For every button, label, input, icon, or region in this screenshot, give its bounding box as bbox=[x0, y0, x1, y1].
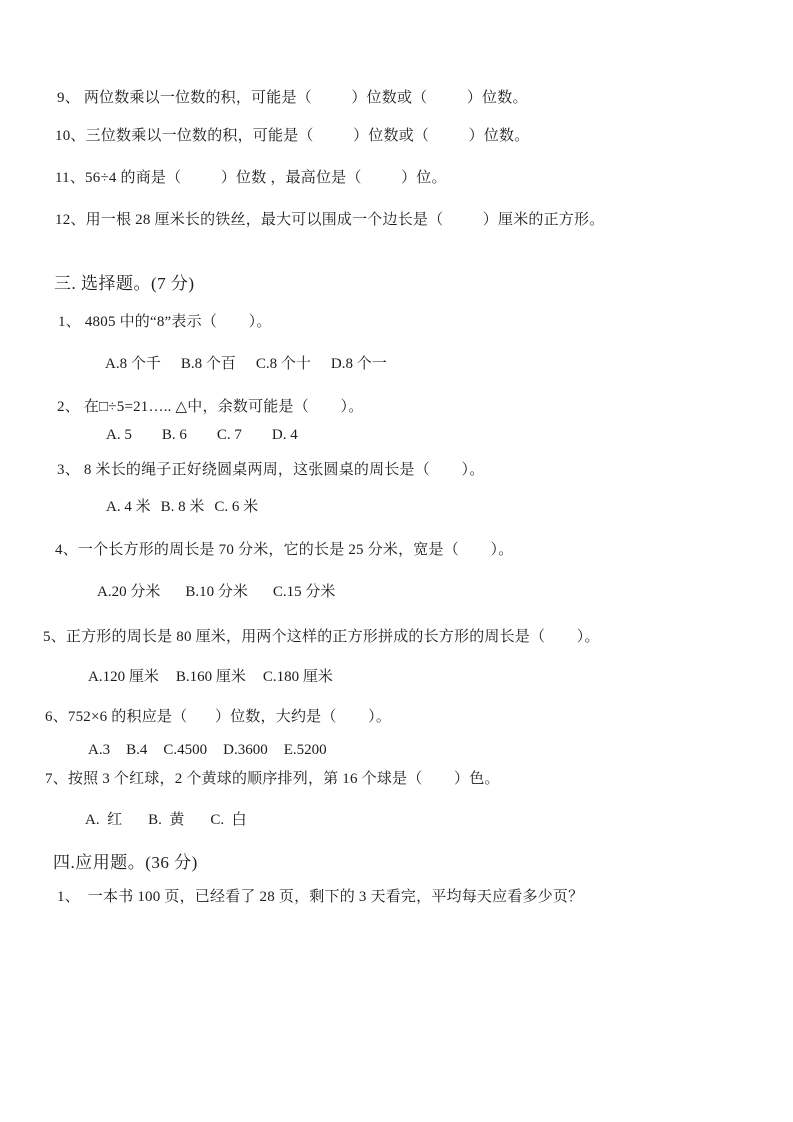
choice-q3-option-a: A. 4 米 bbox=[106, 497, 151, 517]
choice-q4-option-c: C.15 分米 bbox=[273, 582, 336, 602]
choice-q3-option-b: B. 8 米 bbox=[161, 497, 205, 517]
exam-page: 9、 两位数乘以一位数的积，可能是（ ）位数或（ ）位数。 10、三位数乘以一位… bbox=[0, 0, 793, 1122]
choice-q6-option-a: A.3 bbox=[88, 740, 110, 760]
choice-q2-option-b: B. 6 bbox=[162, 425, 187, 445]
choice-question-7-options: A. 红 B. 黄 C. 白 bbox=[85, 810, 247, 830]
fill-in-question-10: 10、三位数乘以一位数的积，可能是（ ）位数或（ ）位数。 bbox=[55, 126, 529, 146]
choice-question-2-options: A. 5 B. 6 C. 7 D. 4 bbox=[106, 425, 298, 445]
choice-q6-option-d: D.3600 bbox=[223, 740, 268, 760]
choice-q5-option-a: A.120 厘米 bbox=[88, 667, 159, 687]
choice-question-2: 2、 在□÷5=21….. △中，余数可能是（ ）。 bbox=[57, 397, 363, 417]
choice-q6-option-b: B.4 bbox=[126, 740, 147, 760]
choice-q4-option-b: B.10 分米 bbox=[185, 582, 248, 602]
choice-question-3-options: A. 4 米 B. 8 米 C. 6 米 bbox=[106, 497, 258, 517]
choice-q1-option-b: B.8 个百 bbox=[181, 354, 236, 374]
choice-q7-option-c: C. 白 bbox=[210, 810, 246, 830]
choice-question-4-options: A.20 分米 B.10 分米 C.15 分米 bbox=[97, 582, 335, 602]
choice-q4-option-a: A.20 分米 bbox=[97, 582, 160, 602]
choice-question-5-options: A.120 厘米 B.160 厘米 C.180 厘米 bbox=[88, 667, 333, 687]
choice-question-1: 1、 4805 中的“8”表示（ ）。 bbox=[58, 312, 272, 332]
choice-q1-option-a: A.8 个千 bbox=[105, 354, 161, 374]
choice-q6-option-e: E.5200 bbox=[284, 740, 327, 760]
choice-question-5: 5、正方形的周长是 80 厘米，用两个这样的正方形拼成的长方形的周长是（ ）。 bbox=[43, 627, 600, 647]
choice-question-6-options: A.3 B.4 C.4500 D.3600 E.5200 bbox=[88, 740, 327, 760]
application-question-1: 1、 一本书 100 页，已经看了 28 页，剩下的 3 天看完，平均每天应看多… bbox=[57, 887, 583, 907]
choice-q1-option-d: D.8 个一 bbox=[331, 354, 387, 374]
choice-q1-option-c: C.8 个十 bbox=[256, 354, 311, 374]
choice-q5-option-c: C.180 厘米 bbox=[263, 667, 333, 687]
choice-question-4: 4、一个长方形的周长是 70 分米，它的长是 25 分米，宽是（ ）。 bbox=[55, 540, 513, 560]
choice-q2-option-c: C. 7 bbox=[217, 425, 242, 445]
choice-question-1-options: A.8 个千 B.8 个百 C.8 个十 D.8 个一 bbox=[105, 354, 387, 374]
choice-section-heading: 三. 选择题。(7 分) bbox=[54, 272, 195, 295]
choice-question-7: 7、按照 3 个红球，2 个黄球的顺序排列，第 16 个球是（ ）色。 bbox=[45, 769, 500, 789]
choice-q2-option-d: D. 4 bbox=[272, 425, 298, 445]
choice-q7-option-b: B. 黄 bbox=[148, 810, 184, 830]
application-section-heading: 四.应用题。(36 分) bbox=[53, 851, 198, 874]
choice-q6-option-c: C.4500 bbox=[163, 740, 207, 760]
choice-q5-option-b: B.160 厘米 bbox=[176, 667, 246, 687]
fill-in-question-12: 12、用一根 28 厘米长的铁丝，最大可以围成一个边长是（ ）厘米的正方形。 bbox=[55, 210, 604, 230]
choice-question-3: 3、 8 米长的绳子正好绕圆桌两周，这张圆桌的周长是（ ）。 bbox=[57, 460, 484, 480]
choice-q3-option-c: C. 6 米 bbox=[214, 497, 258, 517]
fill-in-question-11: 11、56÷4 的商是（ ）位数 ，最高位是（ ）位。 bbox=[55, 168, 447, 188]
fill-in-question-9: 9、 两位数乘以一位数的积，可能是（ ）位数或（ ）位数。 bbox=[57, 88, 528, 108]
choice-q7-option-a: A. 红 bbox=[85, 810, 122, 830]
choice-question-6: 6、752×6 的积应是（ ）位数，大约是（ ）。 bbox=[45, 707, 391, 727]
choice-q2-option-a: A. 5 bbox=[106, 425, 132, 445]
